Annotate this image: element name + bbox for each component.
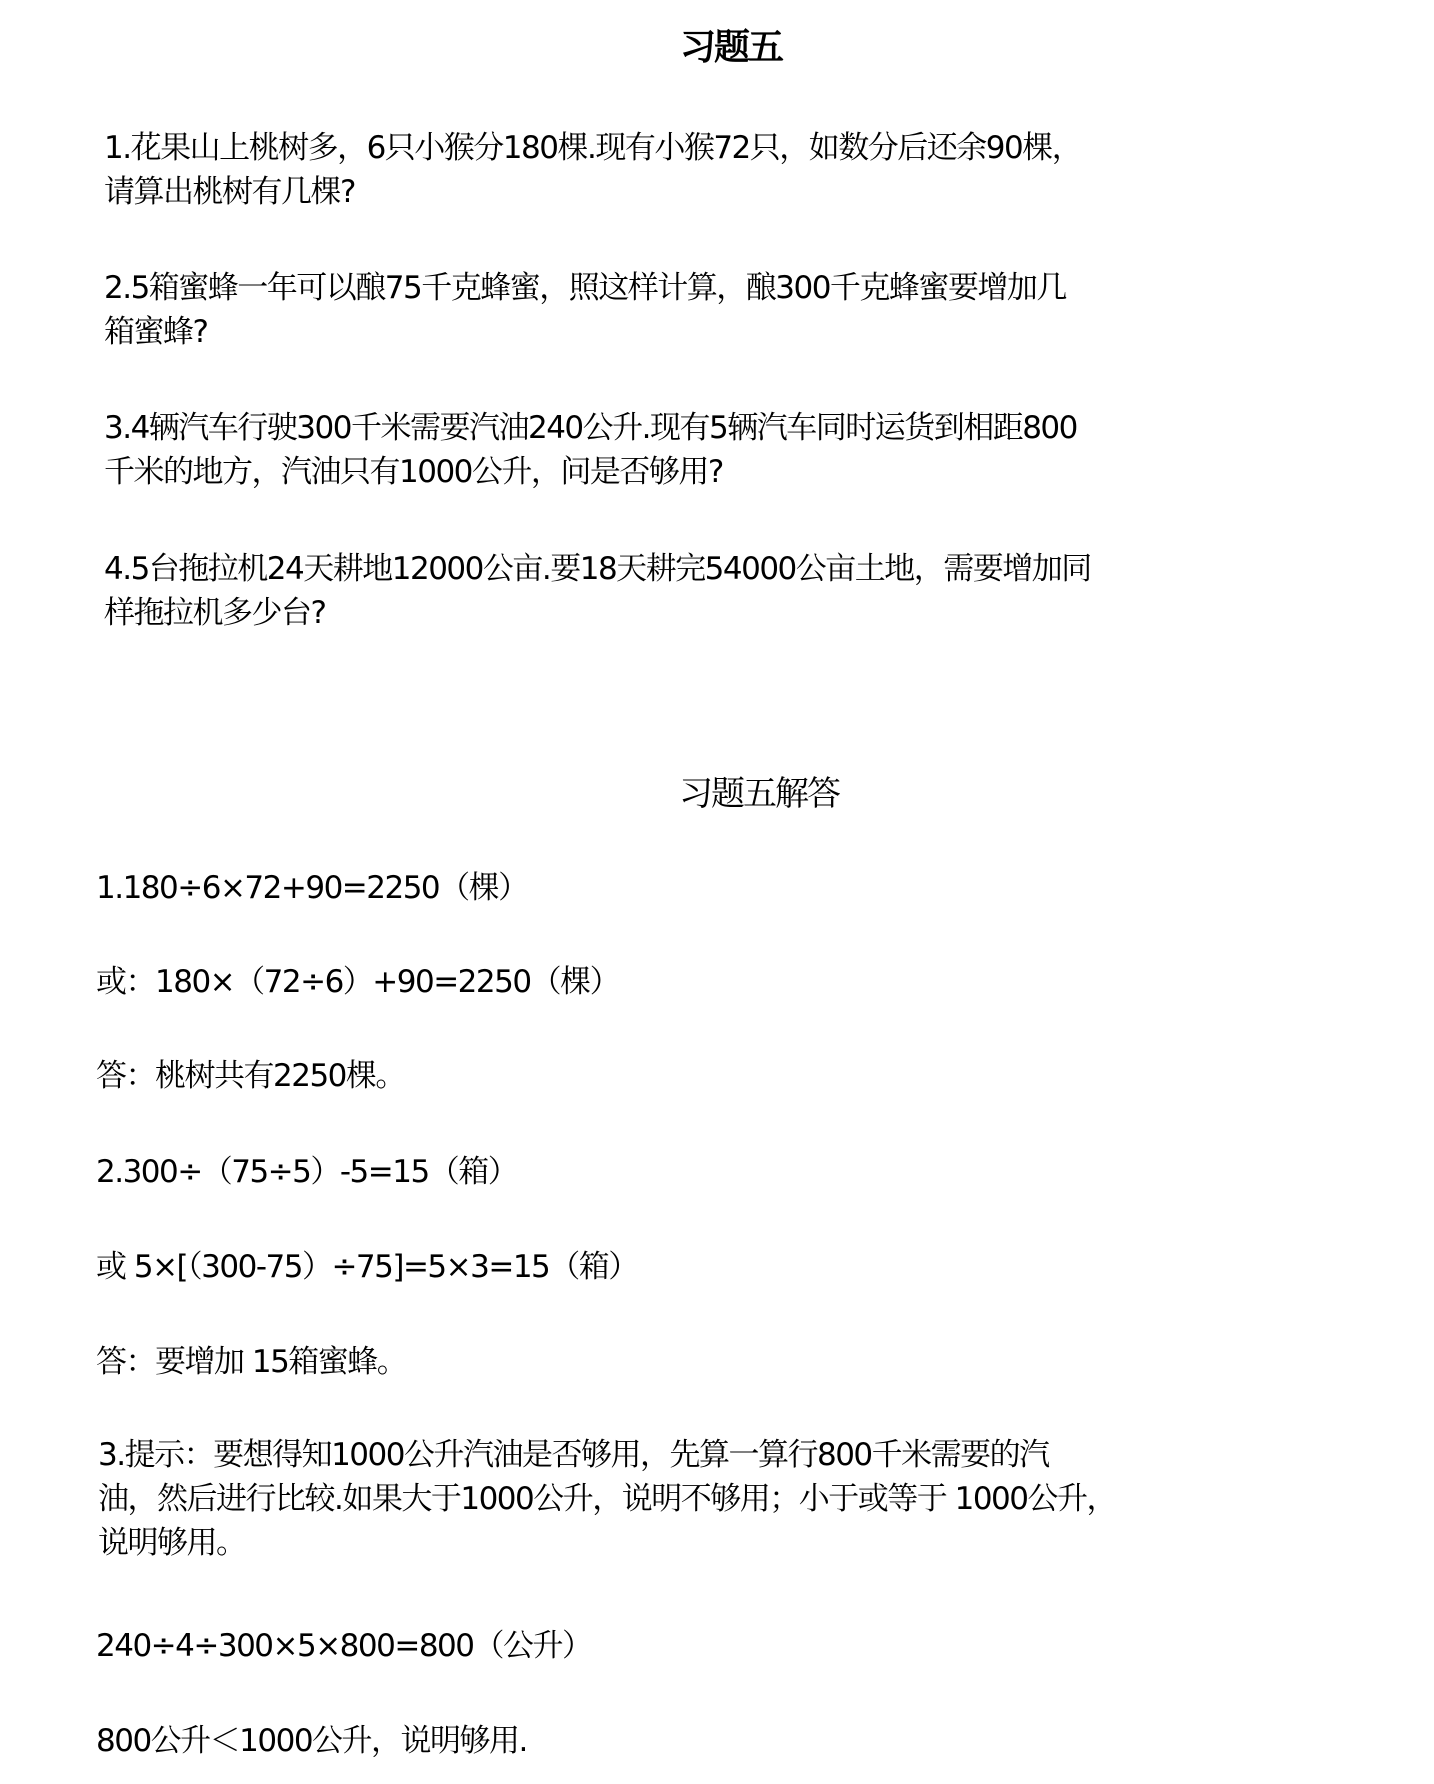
problem-4-line-2: 样拖拉机多少台?	[20, 591, 1420, 635]
answers-title: 习题五解答	[42, 772, 1434, 816]
exercise-title: 习题五	[14, 26, 1434, 70]
answer-1-conclusion: 答：桃树共有2250棵。	[96, 1054, 405, 1098]
answer-3-hint: 3.提示：要想得知1000公升汽油是否够用，先算一算行800千米需要的汽 油，然…	[14, 1433, 1422, 1565]
answer-2-conclusion: 答：要增加 15箱蜜蜂。	[96, 1340, 406, 1384]
answer-3-hint-line-2: 油，然后进行比较.如果大于1000公升，说明不够用；小于或等于 1000公升，	[14, 1477, 1422, 1521]
answer-2-formula: 2.300÷（75÷5）-5=15（箱）	[96, 1150, 517, 1194]
problem-1: 1.花果山上桃树多，6只小猴分180棵.现有小猴72只，如数分后还余90棵， 请…	[20, 126, 1420, 214]
document-page: 习题五 1.花果山上桃树多，6只小猴分180棵.现有小猴72只，如数分后还余90…	[0, 0, 1434, 1784]
problem-2-line-2: 箱蜜蜂?	[20, 310, 1420, 354]
problem-2-line-1: 2.5箱蜜蜂一年可以酿75千克蜂蜜，照这样计算，酿300千克蜂蜜要增加几	[20, 266, 1420, 310]
answer-1-alternative: 或：180×（72÷6）+90=2250（棵）	[96, 960, 619, 1004]
problem-4: 4.5台拖拉机24天耕地12000公亩.要18天耕完54000公亩土地，需要增加…	[20, 547, 1420, 635]
answer-3-hint-line-1: 3.提示：要想得知1000公升汽油是否够用，先算一算行800千米需要的汽	[14, 1433, 1422, 1477]
answer-3-hint-line-3: 说明够用。	[14, 1521, 1422, 1565]
answer-3-conclusion: 800公升＜1000公升，说明够用.	[96, 1719, 527, 1763]
answer-3-formula: 240÷4÷300×5×800=800（公升）	[96, 1624, 592, 1668]
answer-1-formula: 1.180÷6×72+90=2250（棵）	[96, 866, 528, 910]
problem-3-line-2: 千米的地方，汽油只有1000公升，问是否够用?	[20, 450, 1420, 494]
problem-3-line-1: 3.4辆汽车行驶300千米需要汽油240公升.现有5辆汽车同时运货到相距800	[20, 406, 1420, 450]
problem-4-line-1: 4.5台拖拉机24天耕地12000公亩.要18天耕完54000公亩土地，需要增加…	[20, 547, 1420, 591]
problem-1-line-1: 1.花果山上桃树多，6只小猴分180棵.现有小猴72只，如数分后还余90棵，	[20, 126, 1420, 170]
problem-2: 2.5箱蜜蜂一年可以酿75千克蜂蜜，照这样计算，酿300千克蜂蜜要增加几 箱蜜蜂…	[20, 266, 1420, 354]
problem-3: 3.4辆汽车行驶300千米需要汽油240公升.现有5辆汽车同时运货到相距800 …	[20, 406, 1420, 494]
answer-2-alternative: 或 5×[（300-75）÷75]=5×3=15（箱）	[96, 1245, 638, 1289]
problem-1-line-2: 请算出桃树有几棵?	[20, 170, 1420, 214]
